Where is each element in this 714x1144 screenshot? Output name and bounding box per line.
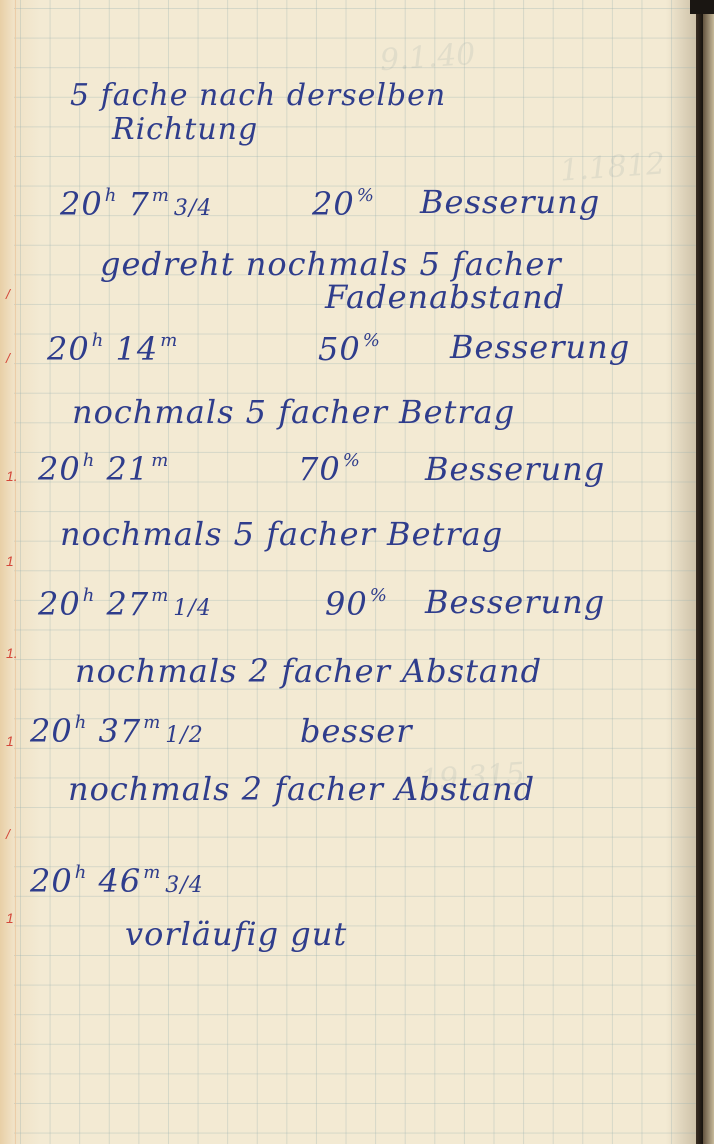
observation-word: Besserung — [425, 450, 605, 488]
margin-mark: 1 — [6, 553, 14, 569]
time-entry: 20h 37m1/2 — [30, 712, 204, 750]
margin-mark: / — [6, 286, 10, 302]
percent-value: 90% — [325, 585, 388, 623]
handwritten-line: nochmals 2 facher Abstand — [68, 770, 535, 808]
handwritten-line: Fadenabstand — [325, 278, 565, 316]
notebook-page: 9.1.40 1.1812 19 315 / / 1. 1 1. 1 / 1 5… — [0, 0, 696, 1144]
margin-mark: 1. — [6, 468, 18, 484]
handwritten-line: Richtung — [112, 112, 258, 147]
handwritten-line: nochmals 5 facher Betrag — [72, 393, 515, 431]
margin-line — [15, 0, 16, 1144]
margin-mark: / — [6, 350, 10, 366]
time-entry: 20h 7m3/4 — [60, 185, 212, 223]
observation-word: Besserung — [450, 328, 630, 366]
next-page-edge — [703, 12, 714, 1144]
time-entry: 20h 46m3/4 — [30, 862, 204, 900]
time-entry: 20h 21m — [38, 450, 169, 488]
observation-word: besser — [300, 712, 413, 750]
percent-value: 20% — [312, 185, 375, 223]
handwritten-line: 5 fache nach derselben — [70, 78, 446, 113]
page-left-edge — [0, 0, 14, 1144]
margin-mark: 1 — [6, 910, 14, 926]
observation-word: Besserung — [425, 583, 605, 621]
handwritten-line: vorläufig gut — [125, 915, 347, 953]
handwritten-line: nochmals 2 facher Abstand — [75, 652, 542, 690]
bleed-through-text: 9.1.40 — [379, 37, 477, 79]
time-entry: 20h 14m — [47, 330, 178, 368]
observation-word: Besserung — [420, 183, 600, 221]
handwritten-line: nochmals 5 facher Betrag — [60, 515, 503, 553]
percent-value: 50% — [318, 330, 381, 368]
margin-mark: / — [6, 826, 10, 842]
margin-mark: 1. — [6, 645, 18, 661]
binding-shadow — [690, 0, 714, 14]
time-entry: 20h 27m1/4 — [38, 585, 212, 623]
margin-mark: 1 — [6, 733, 14, 749]
percent-value: 70% — [298, 450, 361, 488]
